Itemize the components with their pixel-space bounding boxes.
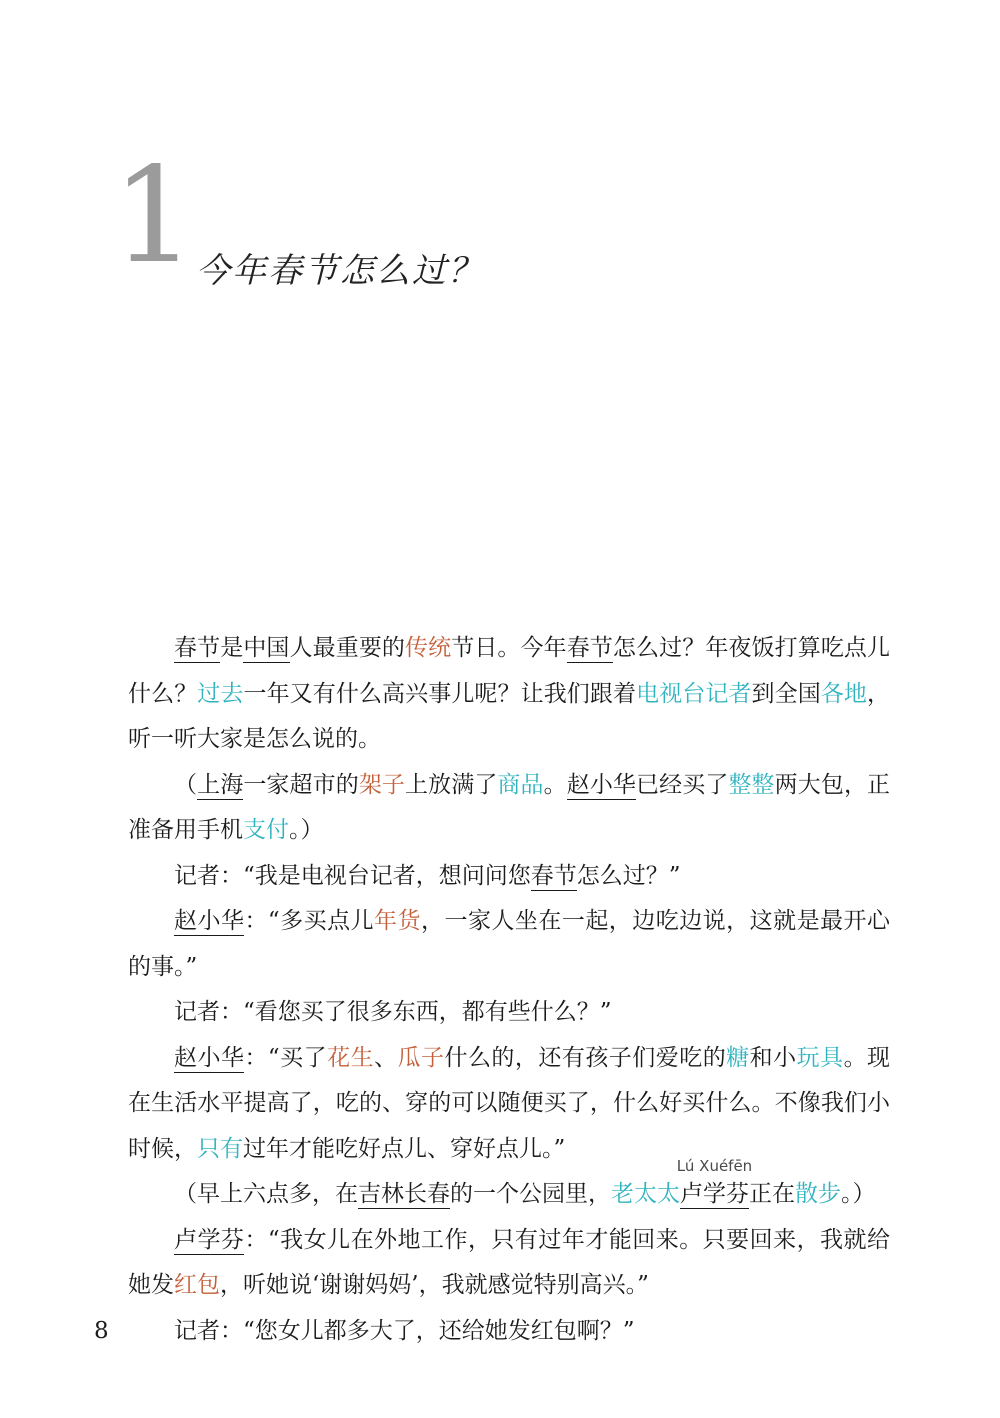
proper-noun: 春节 (531, 863, 577, 891)
proper-noun: 春节 (174, 635, 220, 663)
paragraph: 记者：“您女儿都多大了，还给她发红包啊？” (128, 1309, 890, 1355)
vocab-word-orange: 红包 (174, 1272, 220, 1298)
text-segment: 过年才能吃好点儿、穿好点儿。” (243, 1136, 565, 1162)
text-segment: ，听她说‘谢谢妈妈’，我就感觉特别高兴。” (220, 1272, 649, 1298)
vocab-word-orange: 传统 (405, 635, 451, 661)
chapter-title: 今年春节怎么过？ (196, 243, 484, 292)
paragraph: 赵小华：“买了花生、瓜子什么的，还有孩子们爱吃的糖和小玩具。现在生活水平提高了，… (128, 1036, 890, 1173)
text-segment: （早上六点多，在 (174, 1181, 358, 1207)
proper-noun: 赵小华 (174, 1045, 244, 1073)
vocab-word-teal: 糖 (726, 1045, 749, 1071)
vocab-word-teal: 老太太 (611, 1181, 680, 1207)
proper-noun: 中国 (243, 635, 289, 663)
text-segment: 到全国 (752, 681, 821, 707)
text-segment: 正在 (749, 1181, 795, 1207)
vocab-word-teal: 过去 (197, 681, 243, 707)
text-segment: 和小 (750, 1045, 797, 1071)
text-segment: 上放满了 (405, 772, 497, 798)
vocab-word-teal: 商品 (497, 772, 543, 798)
vocab-word-teal: 电视台记者 (636, 681, 751, 707)
vocab-word-teal: 整整 (728, 772, 774, 798)
text-segment: 已经买了 (636, 772, 728, 798)
body-text: 春节是中国人最重要的传统节日。今年春节怎么过？年夜饭打算吃点儿什么？过去一年又有… (128, 626, 890, 1354)
text-segment: 。 (544, 772, 567, 798)
proper-noun: 吉林 (358, 1181, 404, 1209)
text-segment: 是 (220, 635, 243, 661)
text-segment: 怎么过？” (577, 863, 681, 889)
vocab-word-orange: 花生 (327, 1045, 374, 1071)
vocab-word-teal: 玩具 (797, 1045, 844, 1071)
text-segment: 、 (374, 1045, 397, 1071)
chapter-number: 1 (112, 150, 196, 282)
proper-noun: 赵小华 (174, 908, 244, 936)
proper-noun: 卢学芬 (174, 1227, 244, 1255)
vocab-word-teal: 各地 (821, 681, 867, 707)
text-segment: ：“多买点儿 (244, 908, 374, 934)
text-segment: （ (174, 772, 197, 798)
text-segment: 记者：“您女儿都多大了，还给她发红包啊？” (174, 1318, 635, 1344)
paragraph: （早上六点多，在吉林长春的一个公园里，老太太卢学芬Lú Xuéfēn正在散步。） (128, 1172, 890, 1218)
text-segment: ：“买了 (244, 1045, 327, 1071)
page-number: 8 (94, 1318, 109, 1344)
proper-noun: 赵小华 (567, 772, 636, 800)
paragraph: 记者：“我是电视台记者，想问问您春节怎么过？” (128, 854, 890, 900)
vocab-word-teal: 散步 (795, 1181, 841, 1207)
proper-noun: 长春 (404, 1181, 450, 1209)
text-segment: 的一个公园里， (450, 1181, 611, 1207)
text-segment: 一年又有什么高兴事儿呢？让我们跟着 (243, 681, 636, 707)
paragraph: 春节是中国人最重要的传统节日。今年春节怎么过？年夜饭打算吃点儿什么？过去一年又有… (128, 626, 890, 763)
text-segment: 。） (289, 817, 324, 843)
vocab-word-teal: 支付 (243, 817, 289, 843)
vocab-word-teal: 只有 (197, 1136, 243, 1162)
paragraph: 赵小华：“多买点儿年货，一家人坐在一起，边吃边说，这就是最开心的事。” (128, 899, 890, 990)
paragraph: 卢学芬：“我女儿在外地工作，只有过年才能回来。只要回来，我就给她发红包，听她说‘… (128, 1218, 890, 1309)
proper-noun: 卢学芬Lú Xuéfēn (680, 1181, 749, 1209)
text-segment: 记者：“我是电视台记者，想问问您 (174, 863, 531, 889)
vocab-word-orange: 年货 (374, 908, 421, 934)
vocab-word-orange: 架子 (359, 772, 405, 798)
text-segment: 节日。今年 (451, 635, 567, 661)
text-segment: 一家超市的 (243, 772, 359, 798)
vocab-word-orange: 瓜子 (398, 1045, 445, 1071)
proper-noun: 春节 (567, 635, 613, 663)
proper-noun: 上海 (197, 772, 243, 800)
text-segment: 记者：“看您买了很多东西，都有些什么？” (174, 999, 612, 1025)
paragraph: （上海一家超市的架子上放满了商品。赵小华已经买了整整两大包，正准备用手机支付。） (128, 763, 890, 854)
textbook-page: 1 今年春节怎么过？ 春节是中国人最重要的传统节日。今年春节怎么过？年夜饭打算吃… (0, 0, 1000, 1418)
text-segment: 什么的，还有孩子们爱吃的 (444, 1045, 726, 1071)
text-segment: 。） (841, 1181, 876, 1207)
text-segment: 人最重要的 (290, 635, 406, 661)
pinyin-annotation: Lú Xuéfēn (677, 1159, 752, 1174)
paragraph: 记者：“看您买了很多东西，都有些什么？” (128, 990, 890, 1036)
